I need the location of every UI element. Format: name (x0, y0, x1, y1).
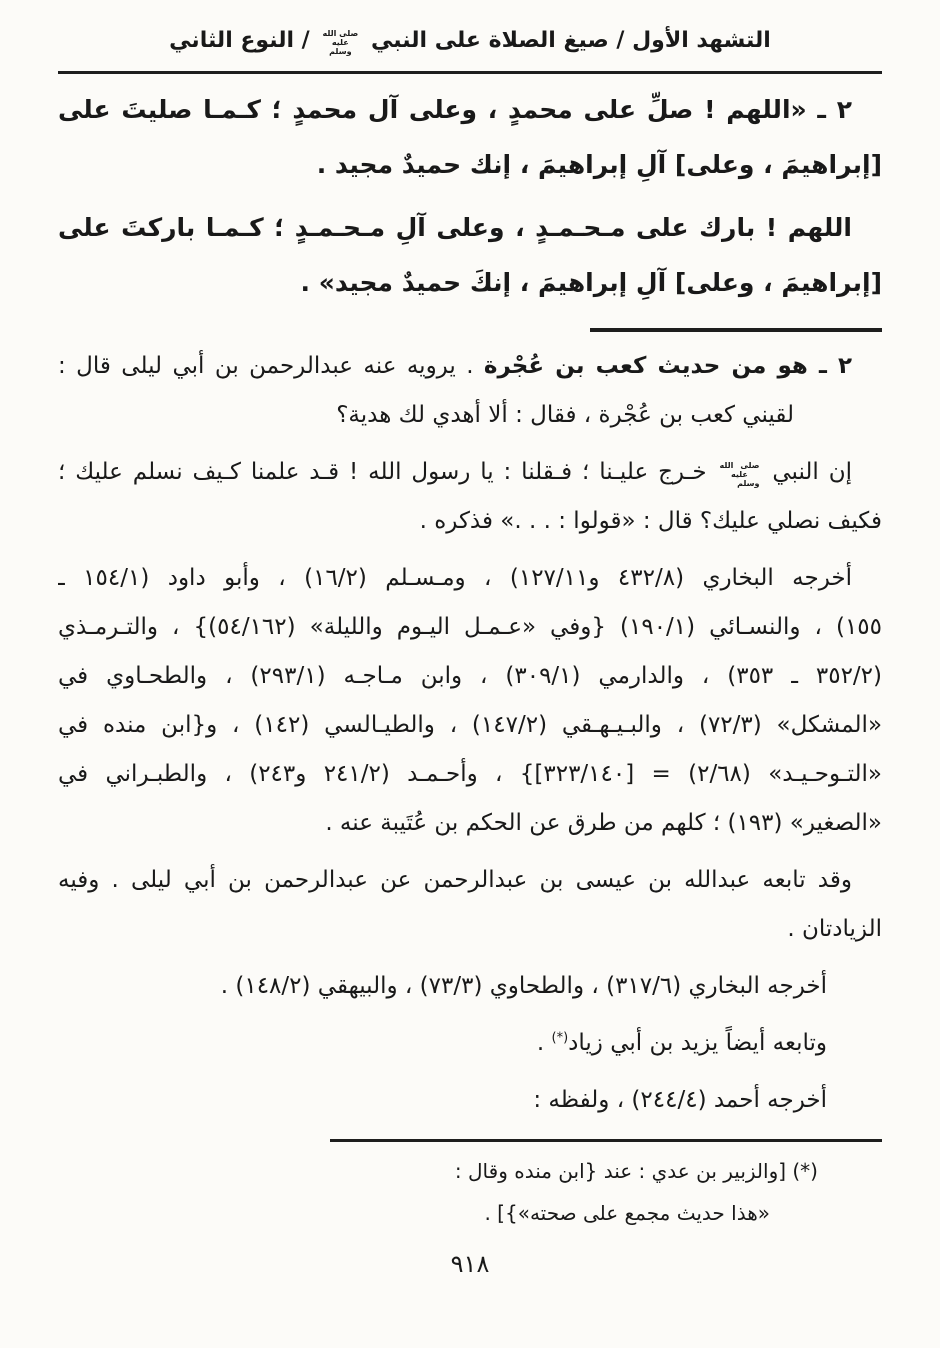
text-line: أخرجه أحمد (٢٤٤/٤) ، ولفظه : (58, 1076, 882, 1125)
commentary-section: ٢ ـ هو من حديث كعب بن عُجْرة . يرويه عنه… (58, 342, 882, 1125)
text-line: وتابعه أيضاً يزيد بن أبي زياد(*) . (58, 1019, 882, 1068)
footnote-rule (330, 1139, 882, 1142)
section-divider (590, 328, 882, 332)
takhrij-2-paragraph: أخرجه البخاري (٣١٧/٦) ، والطحاوي (٧٣/٣) … (58, 962, 882, 1011)
text-line: ١٥٥) ، والنسـائي (١٩٠/١) {وفي «عـمـل الي… (58, 603, 882, 652)
mutabaa-paragraph: وقد تابعه عبدالله بن عيسى بن عبدالرحمن ع… (58, 856, 882, 954)
narration-paragraph: إن النبي صلى اللهعليه وسلم خـرج عليـنا ؛… (58, 448, 882, 546)
takhrij-paragraph: أخرجه البخاري (٤٣٢/٨ و١٢٧/١١) ، ومـسـلم … (58, 554, 882, 848)
saw-symbol: صلى اللهعليه وسلم (719, 462, 759, 488)
text-line: [إبراهيمَ ، وعلى] آلِ إبراهيمَ ، إنكَ حم… (58, 255, 882, 310)
page-content: التشهد الأول / صيغ الصلاة على النبي صلى … (0, 0, 940, 1278)
hadith-section: ٢ ـ «اللهم ! صلِّ على محمدٍ ، وعلى آل مح… (58, 82, 882, 310)
book-page: التشهد الأول / صيغ الصلاة على النبي صلى … (0, 0, 940, 1348)
text-line: فكيف نصلي عليك؟ قال : «قولوا : . . .» فذ… (58, 497, 882, 546)
mutabaa-2-paragraph: وتابعه أيضاً يزيد بن أبي زياد(*) . (58, 1019, 882, 1068)
footnote-marker: (*) (552, 1030, 569, 1045)
text-line: إن النبي صلى اللهعليه وسلم خـرج عليـنا ؛… (58, 448, 882, 497)
text-line: أخرجه البخاري (٤٣٢/٨ و١٢٧/١١) ، ومـسـلم … (58, 554, 882, 603)
text-line: اللهم ! بارك على مـحـمـدٍ ، وعلى آلِ مـح… (58, 200, 882, 255)
page-number: ٩١٨ (58, 1250, 882, 1278)
text-line: (٣٥٢/٢ ـ ٣٥٣) ، والدارمي (٣٠٩/١) ، وابن … (58, 652, 882, 701)
footnote-section: (*) [والزبير بن عدي : عند {ابن منده وقال… (58, 1150, 882, 1234)
saw-symbol: صلى اللهعليه وسلم (320, 30, 360, 56)
text-line: وقد تابعه عبدالله بن عيسى بن عبدالرحمن ع… (58, 856, 882, 905)
text-line: الزيادتان . (58, 905, 882, 954)
text-line: «المشكل» (٧٢/٣) ، والبـيـهـقي (١٤٧/٢) ، … (58, 701, 882, 750)
text-line: [إبراهيمَ ، وعلى] آلِ إبراهيمَ ، إنك حمي… (58, 137, 882, 192)
text-line: ٢ ـ «اللهم ! صلِّ على محمدٍ ، وعلى آل مح… (58, 82, 882, 137)
text-line: (*) [والزبير بن عدي : عند {ابن منده وقال… (58, 1150, 882, 1192)
text-line: «التـوحـيـد» (٢/٦٨) = [٣٢٣/١٤٠]} ، وأحـم… (58, 750, 882, 799)
text-line: لقيني كعب بن عُجْرة ، فقال : ألا أهدي لك… (58, 391, 882, 440)
header-rule (58, 71, 882, 74)
text-line: «هذا حديث مجمع على صحته»}] . (58, 1192, 882, 1234)
text-line: «الصغير» (١٩٣) ؛ كلهم من طرق عن الحكم بن… (58, 799, 882, 848)
running-header: التشهد الأول / صيغ الصلاة على النبي صلى … (58, 22, 882, 60)
isnad-intro-paragraph: ٢ ـ هو من حديث كعب بن عُجْرة . يرويه عنه… (58, 342, 882, 440)
takhrij-3-paragraph: أخرجه أحمد (٢٤٤/٤) ، ولفظه : (58, 1076, 882, 1125)
text-line: ٢ ـ هو من حديث كعب بن عُجْرة . يرويه عنه… (58, 342, 882, 391)
hadith-salat-text: ٢ ـ «اللهم ! صلِّ على محمدٍ ، وعلى آل مح… (58, 82, 882, 192)
footnote-block: (*) [والزبير بن عدي : عند {ابن منده وقال… (58, 1150, 882, 1234)
text-line: أخرجه البخاري (٣١٧/٦) ، والطحاوي (٧٣/٣) … (58, 962, 882, 1011)
hadith-barakah-text: اللهم ! بارك على مـحـمـدٍ ، وعلى آلِ مـح… (58, 200, 882, 310)
